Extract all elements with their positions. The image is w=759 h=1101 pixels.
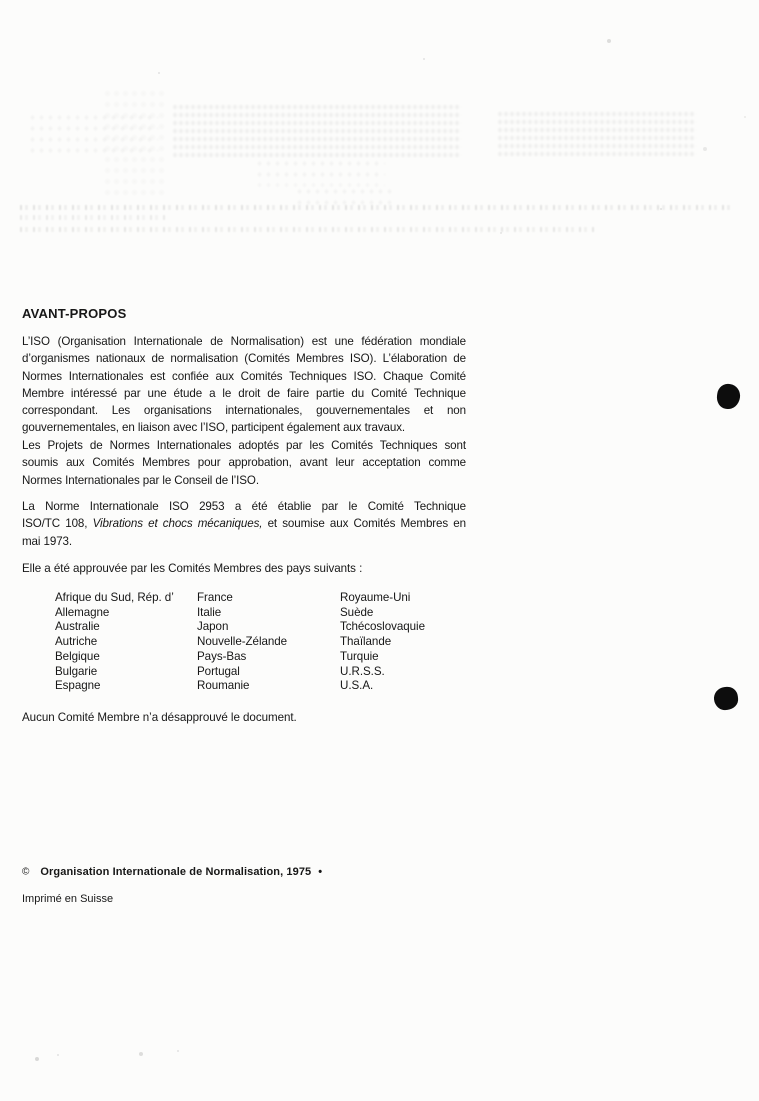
scan-noise-line: [20, 205, 732, 210]
country-item: Tchécoslovaquie: [340, 620, 470, 635]
line-suffix: et soumise aux Comités Membres en: [262, 517, 466, 530]
paragraph-standard-origin: La Norme Internationale ISO 2953 a été é…: [22, 498, 466, 550]
countries-column-3: Royaume-UniSuèdeTchécoslovaquieThaïlande…: [340, 591, 470, 694]
copyright-line: ©Organisation Internationale de Normalis…: [22, 866, 322, 878]
countries-column-2: FranceItalieJaponNouvelle-ZélandePays-Ba…: [197, 591, 340, 694]
printed-in-line: Imprimé en Suisse: [22, 893, 113, 905]
country-item: Bulgarie: [55, 665, 197, 680]
bleedthrough-smudge: [255, 158, 385, 186]
standard-subject-italic: Vibrations et chocs mécaniques,: [93, 517, 263, 530]
country-item: Australie: [55, 620, 197, 635]
scan-noise-specks: [0, 0, 2, 2]
paragraph-line: ISO/TC 108, Vibrations et chocs mécaniqu…: [22, 515, 466, 532]
country-item: Nouvelle-Zélande: [197, 635, 340, 650]
paragraph-line: Normes Internationales par le Conseil de…: [22, 472, 466, 489]
country-item: Roumanie: [197, 679, 340, 694]
bullet-icon: •: [318, 866, 322, 878]
paragraph-line: d’organismes nationaux de normalisation …: [22, 350, 466, 367]
country-item: Pays-Bas: [197, 650, 340, 665]
country-item: Autriche: [55, 635, 197, 650]
approval-intro-line: Elle a été approuvée par les Comités Mem…: [22, 562, 362, 575]
country-item: Afrique du Sud, Rép. d’: [55, 591, 197, 606]
page-title: AVANT-PROPOS: [22, 306, 126, 321]
approving-countries-list: Afrique du Sud, Rép. d’AllemagneAustrali…: [55, 591, 475, 694]
country-item: Thaïlande: [340, 635, 470, 650]
paragraph-line: Les Projets de Normes Internationales ad…: [22, 437, 466, 454]
paragraph-line: gouvernementales, en liaison avec l’ISO,…: [22, 419, 466, 436]
country-item: U.R.S.S.: [340, 665, 470, 680]
copyright-icon: ©: [22, 867, 29, 878]
paragraph-line: L’ISO (Organisation Internationale de No…: [22, 333, 466, 350]
paragraph-iso-description: L’ISO (Organisation Internationale de No…: [22, 333, 466, 437]
country-item: Belgique: [55, 650, 197, 665]
country-item: Suède: [340, 606, 470, 621]
bleedthrough-smudge: [497, 110, 697, 158]
country-item: France: [197, 591, 340, 606]
scan-noise-line: [20, 215, 165, 220]
paragraph-draft-process: Les Projets de Normes Internationales ad…: [22, 437, 466, 489]
country-item: Espagne: [55, 679, 197, 694]
bleedthrough-smudge: [28, 112, 158, 156]
country-item: Japon: [197, 620, 340, 635]
bleedthrough-smudge: [103, 88, 165, 200]
countries-column-1: Afrique du Sud, Rép. d’AllemagneAustrali…: [55, 591, 197, 694]
paragraph-line: La Norme Internationale ISO 2953 a été é…: [22, 498, 466, 515]
binding-mark-top: [715, 383, 741, 411]
scanned-document-page: AVANT-PROPOS L’ISO (Organisation Interna…: [0, 0, 759, 1101]
paragraph-line: soumis aux Comités Membres pour approbat…: [22, 454, 466, 471]
copyright-text: Organisation Internationale de Normalisa…: [40, 866, 311, 878]
country-item: U.S.A.: [340, 679, 470, 694]
country-item: Royaume-Uni: [340, 591, 470, 606]
scan-noise-line: [20, 227, 595, 232]
bleedthrough-smudge: [295, 186, 395, 208]
no-disapproval-line: Aucun Comité Membre n’a désapprouvé le d…: [22, 711, 297, 724]
paragraph-line: Membre intéressé par une étude a le droi…: [22, 385, 466, 402]
paragraph-line: mai 1973.: [22, 533, 466, 550]
line-prefix: ISO/TC 108,: [22, 517, 93, 530]
bleedthrough-smudge: [172, 103, 462, 157]
country-item: Turquie: [340, 650, 470, 665]
country-item: Allemagne: [55, 606, 197, 621]
binding-mark-bottom: [713, 686, 739, 711]
paragraph-line: correspondant. Les organisations interna…: [22, 402, 466, 419]
country-item: Portugal: [197, 665, 340, 680]
paragraph-line: Normes Internationales est confiée aux C…: [22, 368, 466, 385]
country-item: Italie: [197, 606, 340, 621]
